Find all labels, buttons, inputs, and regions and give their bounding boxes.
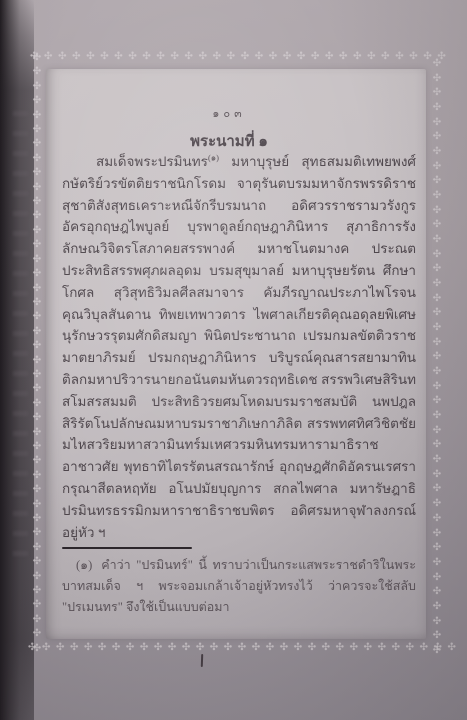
page-surface: ๑๐๓ พระนามที่ ๑ สมเด็จพระปรมินทร(๑) มหาบ… [46, 69, 426, 639]
footnote-line: "ปรเมนทร" จึงใช้เป็นแบบต่อมา [62, 597, 416, 618]
border-ornament-icon: ✣ [266, 641, 274, 655]
border-ornament-icon: ✣ [44, 50, 52, 64]
royal-title-line: อัครอุกฤษฎไพบูลย์ บุรพาดูลย์กฤษฎาภินิหาร… [62, 216, 416, 238]
border-ornament-icon: ✣ [430, 498, 444, 509]
border-ornament-icon: ✣ [224, 641, 232, 655]
border-ornament-icon: ✣ [72, 50, 80, 64]
border-ornament-icon: ✣ [308, 641, 316, 655]
border-ornament-icon: ✣ [210, 641, 218, 655]
border-ornament-icon: ✣ [30, 355, 44, 366]
border-ornament-icon: ✣ [430, 542, 444, 553]
ornamental-border-right: ✣✣✣✣✣✣✣✣✣✣✣✣✣✣✣✣✣✣✣✣✣✣✣✣✣✣✣✣✣✣✣✣✣✣✣✣✣✣✣✣… [430, 58, 444, 656]
border-ornament-icon: ✣ [30, 499, 44, 510]
border-ornament-icon: ✣ [30, 398, 44, 409]
border-ornament-icon: ✣ [325, 50, 333, 64]
border-ornament-icon: ✣ [430, 557, 444, 568]
border-ornament-icon: ✣ [378, 641, 386, 655]
border-ornament-icon: ✣ [430, 307, 444, 318]
border-ornament-icon: ✣ [430, 161, 444, 172]
border-ornament-icon: ✣ [30, 455, 44, 466]
border-ornament-icon: ✣ [430, 102, 444, 113]
border-ornament-icon: ✣ [430, 645, 444, 656]
border-ornament-icon: ✣ [30, 427, 44, 438]
border-ornament-icon: ✣ [430, 483, 444, 494]
border-ornament-icon: ✣ [30, 412, 44, 423]
border-ornament-icon: ✣ [430, 439, 444, 450]
border-ornament-icon: ✣ [30, 110, 44, 121]
border-ornament-icon: ✣ [30, 254, 44, 265]
border-ornament-icon: ✣ [30, 614, 44, 625]
border-ornament-icon: ✣ [30, 81, 44, 92]
royal-title-line: ลักษณวิจิตรโสภาคยสรรพางค์ มหาชโนตมางค ปร… [62, 238, 416, 260]
border-ornament-icon: ✣ [30, 167, 44, 178]
border-ornament-icon: ✣ [30, 542, 44, 553]
border-ornament-icon: ✣ [430, 73, 444, 84]
border-ornament-icon: ✣ [430, 234, 444, 245]
border-ornament-icon: ✣ [367, 50, 375, 64]
footnote-line: (๑)คำว่า "ปรมินทร์" นี้ ทราบว่าเป็นกระแส… [62, 555, 416, 576]
border-ornament-icon: ✣ [336, 641, 344, 655]
royal-title-line: อาชาวศัย พุทธาทิไตรรัตนสรณารักษ์ อุกฤษฎศ… [62, 456, 416, 478]
border-ornament-icon: ✣ [30, 95, 44, 106]
royal-title-closing-line: อยู่หัว ฯ [62, 522, 416, 544]
border-ornament-icon: ✣ [280, 641, 288, 655]
border-ornament-icon: ✣ [430, 601, 444, 612]
border-ornament-icon: ✣ [140, 641, 148, 655]
border-ornament-icon: ✣ [30, 599, 44, 610]
border-ornament-icon: ✣ [182, 641, 190, 655]
border-ornament-icon: ✣ [430, 263, 444, 274]
border-ornament-icon: ✣ [430, 175, 444, 186]
reverse-page-showthrough [13, 96, 28, 566]
border-ornament-icon: ✣ [30, 225, 44, 236]
royal-title-text: สมเด็จพระปรมินทร [96, 154, 208, 169]
border-ornament-icon: ✣ [199, 50, 207, 64]
border-ornament-icon: ✣ [430, 58, 444, 69]
border-ornament-icon: ✣ [30, 153, 44, 164]
ornamental-border-bottom: ✣✣✣✣✣✣✣✣✣✣✣✣✣✣✣✣✣✣✣✣✣✣✣✣✣✣✣✣✣✣✣ [28, 641, 456, 655]
border-ornament-icon: ✣ [30, 585, 44, 596]
footnote-text: คำว่า "ปรมินทร์" นี้ ทราบว่าเป็นกระแสพระ… [101, 558, 416, 572]
border-ornament-icon: ✣ [170, 50, 178, 64]
border-ornament-icon: ✣ [30, 556, 44, 567]
border-ornament-icon: ✣ [30, 52, 44, 63]
border-ornament-icon: ✣ [430, 293, 444, 304]
border-ornament-icon: ✣ [311, 50, 319, 64]
border-ornament-icon: ✣ [430, 410, 444, 421]
border-ornament-icon: ✣ [30, 643, 44, 654]
border-ornament-icon: ✣ [269, 50, 277, 64]
ornamental-border-left: ✣✣✣✣✣✣✣✣✣✣✣✣✣✣✣✣✣✣✣✣✣✣✣✣✣✣✣✣✣✣✣✣✣✣✣✣✣✣✣✣… [30, 52, 44, 654]
border-ornament-icon: ✣ [294, 641, 302, 655]
border-ornament-icon: ✣ [84, 641, 92, 655]
border-ornament-icon: ✣ [430, 381, 444, 392]
border-ornament-icon: ✣ [227, 50, 235, 64]
border-ornament-icon: ✣ [30, 283, 44, 294]
border-ornament-icon: ✣ [238, 641, 246, 655]
border-ornament-icon: ✣ [112, 641, 120, 655]
border-ornament-icon: ✣ [30, 182, 44, 193]
royal-title-line: คุณวิบุลสันดาน ทิพยเทพาวตาร ไพศาลเกียรติ… [62, 304, 416, 326]
page-title: พระนามที่ ๑ [46, 129, 412, 153]
border-ornament-icon: ✣ [297, 50, 305, 64]
royal-title-line: กรุณาสีตลหฤทัย อโนปมัยบุญการ สกลไพศาล มห… [62, 478, 416, 500]
border-ornament-icon: ✣ [353, 50, 361, 64]
royal-title-line: โกศล สุวิสุทธิวิมลศีลสมาจาร คัมภีรญาณประ… [62, 282, 416, 304]
royal-title-line: มไหสวริยมหาสวามินทร์มเหศวรมหินทรมหารามาธ… [62, 434, 416, 456]
border-ornament-icon: ✣ [430, 351, 444, 362]
royal-title-line: นุรักษวรรุตมศักดิสมญา พินิตประชานาถ เปรม… [62, 325, 416, 347]
royal-title-paragraph: สมเด็จพระปรมินทร(๑) มหาบุรุษย์ สุทธสมมติ… [62, 151, 416, 543]
border-ornament-icon: ✣ [448, 641, 456, 655]
border-ornament-icon: ✣ [252, 641, 260, 655]
border-ornament-icon: ✣ [283, 50, 291, 64]
border-ornament-icon: ✣ [364, 641, 372, 655]
registration-tick-mark [201, 654, 203, 667]
border-ornament-icon: ✣ [30, 484, 44, 495]
border-ornament-icon: ✣ [128, 50, 136, 64]
border-ornament-icon: ✣ [430, 131, 444, 142]
border-ornament-icon: ✣ [156, 50, 164, 64]
border-ornament-icon: ✣ [30, 527, 44, 538]
border-ornament-icon: ✣ [430, 337, 444, 348]
border-ornament-icon: ✣ [381, 50, 389, 64]
border-ornament-icon: ✣ [196, 641, 204, 655]
border-ornament-icon: ✣ [30, 210, 44, 221]
border-ornament-icon: ✣ [430, 616, 444, 627]
border-ornament-icon: ✣ [430, 395, 444, 406]
border-ornament-icon: ✣ [114, 50, 122, 64]
border-ornament-icon: ✣ [350, 641, 358, 655]
border-ornament-icon: ✣ [213, 50, 221, 64]
border-ornament-icon: ✣ [430, 205, 444, 216]
royal-title-line: สโมสรสมมติ ประสิทธิวรยศมโหดมบรมราชสมบัติ… [62, 391, 416, 413]
royal-title-line: ประสิทธิสรรพศุภผลอุดม บรมสุขุมาลย์ มหาบุ… [62, 260, 416, 282]
border-ornament-icon: ✣ [70, 641, 78, 655]
border-ornament-icon: ✣ [430, 469, 444, 480]
border-ornament-icon: ✣ [430, 513, 444, 524]
royal-title-line: สุชาติสังสุทธเคราะหณีจักรีบรมนาถ อดิศวรร… [62, 195, 416, 217]
border-ornament-icon: ✣ [430, 528, 444, 539]
border-ornament-icon: ✣ [430, 572, 444, 583]
border-ornament-icon: ✣ [392, 641, 400, 655]
border-ornament-icon: ✣ [126, 641, 134, 655]
border-ornament-icon: ✣ [30, 628, 44, 639]
border-ornament-icon: ✣ [395, 50, 403, 64]
royal-title-line: ปรมินทรธรรมิกมหาราชาธิราชบพิตร อดิศรมหาจ… [62, 500, 416, 522]
border-ornament-icon: ✣ [241, 50, 249, 64]
border-ornament-icon: ✣ [30, 297, 44, 308]
border-ornament-icon: ✣ [430, 219, 444, 230]
royal-title-line: กษัตริย์วรขัตติยราชนิกโรดม จาตุรันตบรมมห… [62, 173, 416, 195]
border-ornament-icon: ✣ [98, 641, 106, 655]
royal-title-line: สมเด็จพระปรมินทร(๑) มหาบุรุษย์ สุทธสมมติ… [62, 151, 416, 173]
border-ornament-icon: ✣ [185, 50, 193, 64]
border-ornament-icon: ✣ [100, 50, 108, 64]
footnote-line: บาทสมเด็จ ฯ พระจอมเกล้าเจ้าอยู่หัวทรงไว้… [62, 576, 416, 597]
border-ornament-icon: ✣ [406, 641, 414, 655]
border-ornament-icon: ✣ [30, 239, 44, 250]
border-ornament-icon: ✣ [430, 454, 444, 465]
border-ornament-icon: ✣ [30, 441, 44, 452]
border-ornament-icon: ✣ [86, 50, 94, 64]
border-ornament-icon: ✣ [430, 190, 444, 201]
border-ornament-icon: ✣ [430, 366, 444, 377]
border-ornament-icon: ✣ [430, 278, 444, 289]
royal-title-line: สิริรัตโนปลักษณมหาบรมราชาภิเษกาภิลิต สรร… [62, 413, 416, 435]
border-ornament-icon: ✣ [30, 311, 44, 322]
royal-title-line: มาตยาภิรมย์ ปรมกฤษฎาภินิหาร บริบูรณ์คุณส… [62, 347, 416, 369]
border-ornament-icon: ✣ [409, 50, 417, 64]
footnote: (๑)คำว่า "ปรมินทร์" นี้ ทราบว่าเป็นกระแส… [62, 555, 416, 618]
border-ornament-icon: ✣ [430, 322, 444, 333]
border-ornament-icon: ✣ [430, 630, 444, 641]
footnote-marker: (๑) [76, 558, 101, 572]
border-ornament-icon: ✣ [30, 513, 44, 524]
folio-number: ๑๐๓ [46, 104, 412, 122]
border-ornament-icon: ✣ [430, 586, 444, 597]
border-ornament-icon: ✣ [30, 124, 44, 135]
ornamental-border-top: ✣✣✣✣✣✣✣✣✣✣✣✣✣✣✣✣✣✣✣✣✣✣✣✣✣✣✣✣✣✣ [30, 50, 446, 64]
border-ornament-icon: ✣ [420, 641, 428, 655]
book-page-photo: { "page": { "folio_number": "๑๐๓", "head… [0, 0, 467, 720]
border-ornament-icon: ✣ [30, 340, 44, 351]
border-ornament-icon: ✣ [430, 87, 444, 98]
border-ornament-icon: ✣ [30, 326, 44, 337]
border-ornament-icon: ✣ [142, 50, 150, 64]
border-ornament-icon: ✣ [56, 641, 64, 655]
footnote-reference: (๑) [208, 153, 219, 163]
border-ornament-icon: ✣ [255, 50, 263, 64]
royal-title-line: ติลกมหาปริวารนายกอนันตมหันตวรฤทธิเดช สรร… [62, 369, 416, 391]
border-ornament-icon: ✣ [339, 50, 347, 64]
border-ornament-icon: ✣ [430, 249, 444, 260]
border-ornament-icon: ✣ [30, 196, 44, 207]
border-ornament-icon: ✣ [58, 50, 66, 64]
border-ornament-icon: ✣ [30, 138, 44, 149]
border-ornament-icon: ✣ [30, 571, 44, 582]
border-ornament-icon: ✣ [168, 641, 176, 655]
border-ornament-icon: ✣ [430, 117, 444, 128]
border-ornament-icon: ✣ [430, 146, 444, 157]
border-ornament-icon: ✣ [30, 66, 44, 77]
border-ornament-icon: ✣ [30, 383, 44, 394]
border-ornament-icon: ✣ [30, 369, 44, 380]
border-ornament-icon: ✣ [30, 470, 44, 481]
footnote-separator-rule [62, 547, 192, 549]
border-ornament-icon: ✣ [30, 268, 44, 279]
border-ornament-icon: ✣ [322, 641, 330, 655]
border-ornament-icon: ✣ [430, 425, 444, 436]
border-ornament-icon: ✣ [154, 641, 162, 655]
